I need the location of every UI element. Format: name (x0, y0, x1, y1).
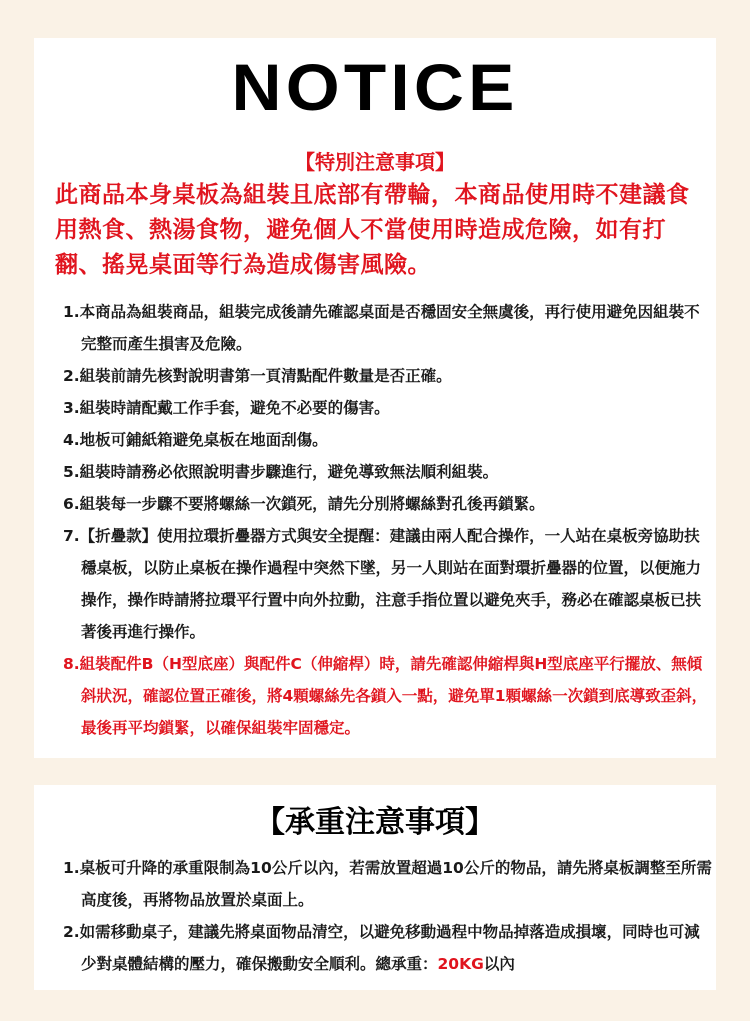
weight-list: 1.桌板可升降的承重限制為10公斤以內，若需放置超過10公斤的物品，請先將桌板調… (63, 852, 713, 980)
weight-panel: 【承重注意事項】 1.桌板可升降的承重限制為10公斤以內，若需放置超過10公斤的… (34, 785, 716, 990)
weight-item-2-text: 2.如需移動桌子，建議先將桌面物品清空，以避免移動過程中物品掉落造成損壞，同時也… (63, 923, 700, 973)
notice-item-3: 3.組裝時請配戴工作手套，避免不必要的傷害。 (63, 392, 713, 424)
notice-item-4: 4.地板可鋪紙箱避免桌板在地面刮傷。 (63, 424, 713, 456)
notice-item-6: 6.組裝每一步驟不要將螺絲一次鎖死，請先分別將螺絲對孔後再鎖緊。 (63, 488, 713, 520)
notice-title: NOTICE (17, 54, 733, 120)
weight-item-2-suffix: 以內 (484, 955, 515, 973)
total-weight-value: 20KG (438, 955, 484, 973)
special-notice-body: 此商品本身桌板為組裝且底部有帶輪，本商品使用時不建議食用熱食、熱湯食物，避免個人… (55, 178, 705, 283)
notice-panel: NOTICE 【特別注意事項】 此商品本身桌板為組裝且底部有帶輪，本商品使用時不… (34, 38, 716, 758)
notice-item-1: 1.本商品為組裝商品，組裝完成後請先確認桌面是否穩固安全無虞後，再行使用避免因組… (63, 296, 713, 360)
notice-item-8-highlight: 8.組裝配件B（H型底座）與配件C（伸縮桿）時，請先確認伸縮桿與H型底座平行擺放… (63, 648, 713, 744)
notice-item-7: 7.【折疊款】使用拉環折疊器方式與安全提醒：建議由兩人配合操作，一人站在桌板旁協… (63, 520, 713, 648)
notice-list: 1.本商品為組裝商品，組裝完成後請先確認桌面是否穩固安全無虞後，再行使用避免因組… (63, 296, 713, 744)
notice-item-5: 5.組裝時請務必依照說明書步驟進行，避免導致無法順利組裝。 (63, 456, 713, 488)
weight-notice-heading: 【承重注意事項】 (34, 797, 716, 841)
special-notice-heading: 【特別注意事項】 (34, 146, 716, 175)
weight-item-1: 1.桌板可升降的承重限制為10公斤以內，若需放置超過10公斤的物品，請先將桌板調… (63, 852, 713, 916)
notice-item-2: 2.組裝前請先核對說明書第一頁清點配件數量是否正確。 (63, 360, 713, 392)
weight-item-2: 2.如需移動桌子，建議先將桌面物品清空，以避免移動過程中物品掉落造成損壞，同時也… (63, 916, 713, 980)
